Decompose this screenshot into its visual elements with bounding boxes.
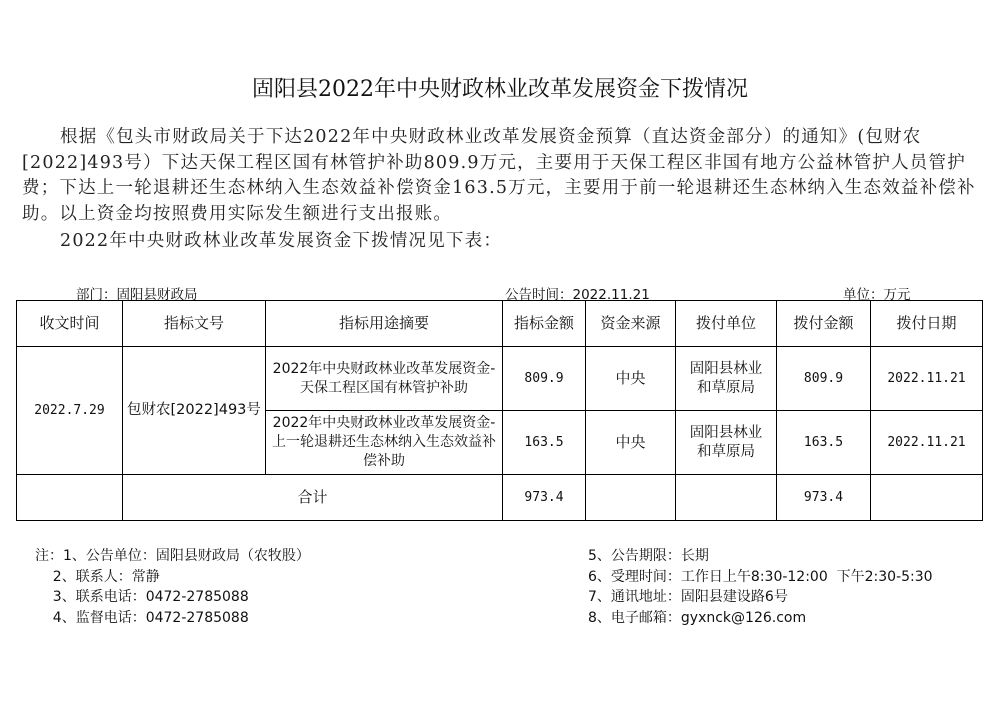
total-empty-cell [586,475,676,521]
table-header-row: 收文时间 指标文号 指标用途摘要 指标金额 资金来源 拨付单位 拨付金额 拨付日… [17,301,983,347]
total-label-cell: 合计 [123,475,503,521]
header-payee: 拨付单位 [676,301,777,347]
note-item: 2、联系人：常静 [35,567,310,588]
note-item: 7、通讯地址：固阳县建设路6号 [588,587,933,608]
source-cell: 中央 [586,347,676,411]
paid-amount-cell: 809.9 [777,347,871,411]
summary-cell: 2022年中央财政林业改革发展资金-上一轮退耕还生态林纳入生态效益补偿补助 [266,411,503,475]
total-row: 合计 973.4 973.4 [17,475,983,521]
notes-left: 注：1、公告单位：固阳县财政局（农牧股） 2、联系人：常静 3、联系电话：047… [35,546,310,628]
header-doc-no: 指标文号 [123,301,266,347]
total-empty-cell [17,475,123,521]
table-intro-paragraph: 2022年中央财政林业改革发展资金下拨情况见下表： [22,229,982,255]
allocation-table: 收文时间 指标文号 指标用途摘要 指标金额 资金来源 拨付单位 拨付金额 拨付日… [16,300,983,521]
total-empty-cell [676,475,777,521]
note-item: 8、电子邮箱：gyxnck@126.com [588,608,933,629]
paid-date-cell: 2022.11.21 [871,347,983,411]
header-paid-amount: 拨付金额 [777,301,871,347]
paid-date-cell: 2022.11.21 [871,411,983,475]
page-title: 固阳县2022年中央财政林业改革发展资金下拨情况 [0,72,1000,103]
intro-paragraph: 根据《包头市财政局关于下达2022年中央财政林业改革发展资金预算（直达资金部分）… [22,125,982,227]
summary-cell: 2022年中央财政林业改革发展资金-天保工程区国有林管护补助 [266,347,503,411]
amount-cell: 809.9 [503,347,586,411]
note-item: 3、联系电话：0472-2785088 [35,587,310,608]
table-row: 2022.7.29 包财农[2022]493号 2022年中央财政林业改革发展资… [17,347,983,411]
note-item: 4、监督电话：0472-2785088 [35,608,310,629]
doc-no-cell: 包财农[2022]493号 [123,347,266,475]
header-summary: 指标用途摘要 [266,301,503,347]
total-amount-cell: 973.4 [503,475,586,521]
total-empty-cell [871,475,983,521]
note-item: 6、受理时间：工作日上午8:30-12:00 下午2:30-5:30 [588,567,933,588]
payee-cell: 固阳县林业和草原局 [676,411,777,475]
payee-cell: 固阳县林业和草原局 [676,347,777,411]
total-paid-amount-cell: 973.4 [777,475,871,521]
header-received-date: 收文时间 [17,301,123,347]
notes-right: 5、公告期限：长期 6、受理时间：工作日上午8:30-12:00 下午2:30-… [588,546,933,628]
header-paid-date: 拨付日期 [871,301,983,347]
header-source: 资金来源 [586,301,676,347]
received-date-cell: 2022.7.29 [17,347,123,475]
note-item: 5、公告期限：长期 [588,546,933,567]
header-amount: 指标金额 [503,301,586,347]
amount-cell: 163.5 [503,411,586,475]
source-cell: 中央 [586,411,676,475]
note-item: 注：1、公告单位：固阳县财政局（农牧股） [35,546,310,567]
paid-amount-cell: 163.5 [777,411,871,475]
